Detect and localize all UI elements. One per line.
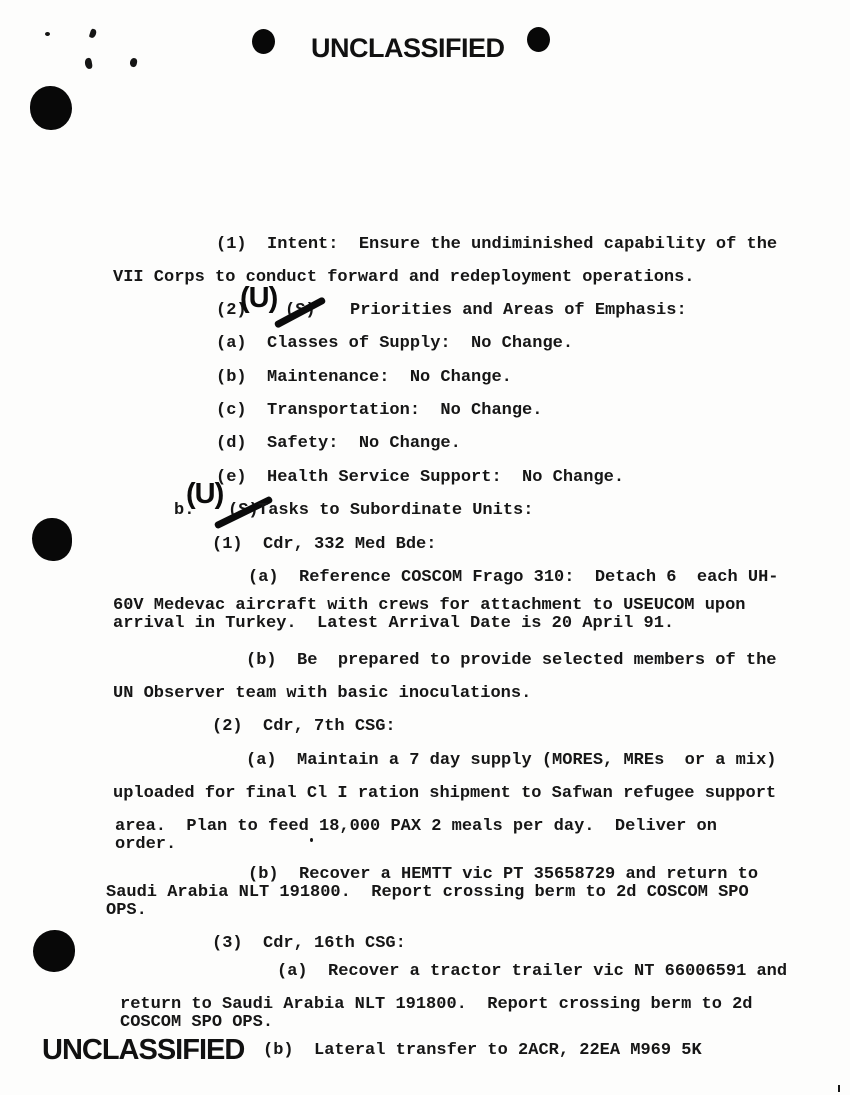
footer-classification: UNCLASSIFIED [42, 1034, 244, 1067]
stray-mark [310, 838, 313, 842]
doc-line: order. [115, 835, 176, 855]
handwritten-u-stamp: (U) [240, 284, 277, 313]
doc-line: (d) Safety: No Change. [216, 434, 461, 454]
doc-line: (a) Recover a tractor trailer vic NT 660… [277, 962, 787, 982]
doc-line: uploaded for final Cl I ration shipment … [113, 784, 776, 804]
doc-line: (1) Cdr, 332 Med Bde: [212, 535, 436, 555]
doc-line: arrival in Turkey. Latest Arrival Date i… [113, 614, 674, 634]
doc-line: (1) Intent: Ensure the undiminished capa… [216, 235, 777, 255]
punch-hole-icon [32, 518, 72, 561]
doc-line: (e) Health Service Support: No Change. [216, 468, 624, 488]
stray-mark [84, 57, 93, 69]
doc-line: VII Corps to conduct forward and redeplo… [113, 268, 695, 288]
punch-hole-icon [33, 930, 75, 972]
handwritten-u-stamp: (U) [186, 480, 223, 509]
doc-line: (b) Recover a HEMTT vic PT 35658729 and … [248, 865, 758, 885]
doc-line: Tasks to Subordinate Units: [258, 501, 533, 521]
doc-line: (c) Transportation: No Change. [216, 401, 542, 421]
doc-line: area. Plan to feed 18,000 PAX 2 meals pe… [115, 817, 717, 837]
doc-line: COSCOM SPO OPS. [120, 1013, 273, 1033]
doc-line: OPS. [106, 901, 147, 921]
doc-line: (a) Maintain a 7 day supply (MORES, MREs… [246, 751, 777, 771]
doc-line: (a) Classes of Supply: No Change. [216, 334, 573, 354]
header-classification: UNCLASSIFIED [311, 33, 505, 64]
doc-line: 60V Medevac aircraft with crews for atta… [113, 596, 746, 616]
doc-line: UN Observer team with basic inoculations… [113, 684, 531, 704]
ink-dot-icon [252, 29, 275, 54]
doc-line: (b) Lateral transfer to 2ACR, 22EA M969 … [263, 1041, 702, 1061]
doc-line: (a) Reference COSCOM Frago 310: Detach 6… [248, 568, 779, 588]
doc-line: Saudi Arabia NLT 191800. Report crossing… [106, 883, 749, 903]
punch-hole-icon [30, 86, 72, 130]
stray-mark [129, 57, 138, 67]
document-page: UNCLASSIFIED (1) Intent: Ensure the undi… [0, 0, 850, 1095]
doc-line: return to Saudi Arabia NLT 191800. Repor… [120, 995, 753, 1015]
doc-line: Priorities and Areas of Emphasis: [350, 301, 687, 321]
doc-line: (b) Be prepared to provide selected memb… [246, 651, 777, 671]
doc-line: (3) Cdr, 16th CSG: [212, 934, 406, 954]
ink-dot-icon [527, 27, 550, 52]
stray-mark [45, 32, 50, 36]
stray-mark [838, 1085, 840, 1092]
stray-mark [89, 28, 97, 38]
doc-line: (b) Maintenance: No Change. [216, 368, 512, 388]
doc-line: (2) Cdr, 7th CSG: [212, 717, 396, 737]
